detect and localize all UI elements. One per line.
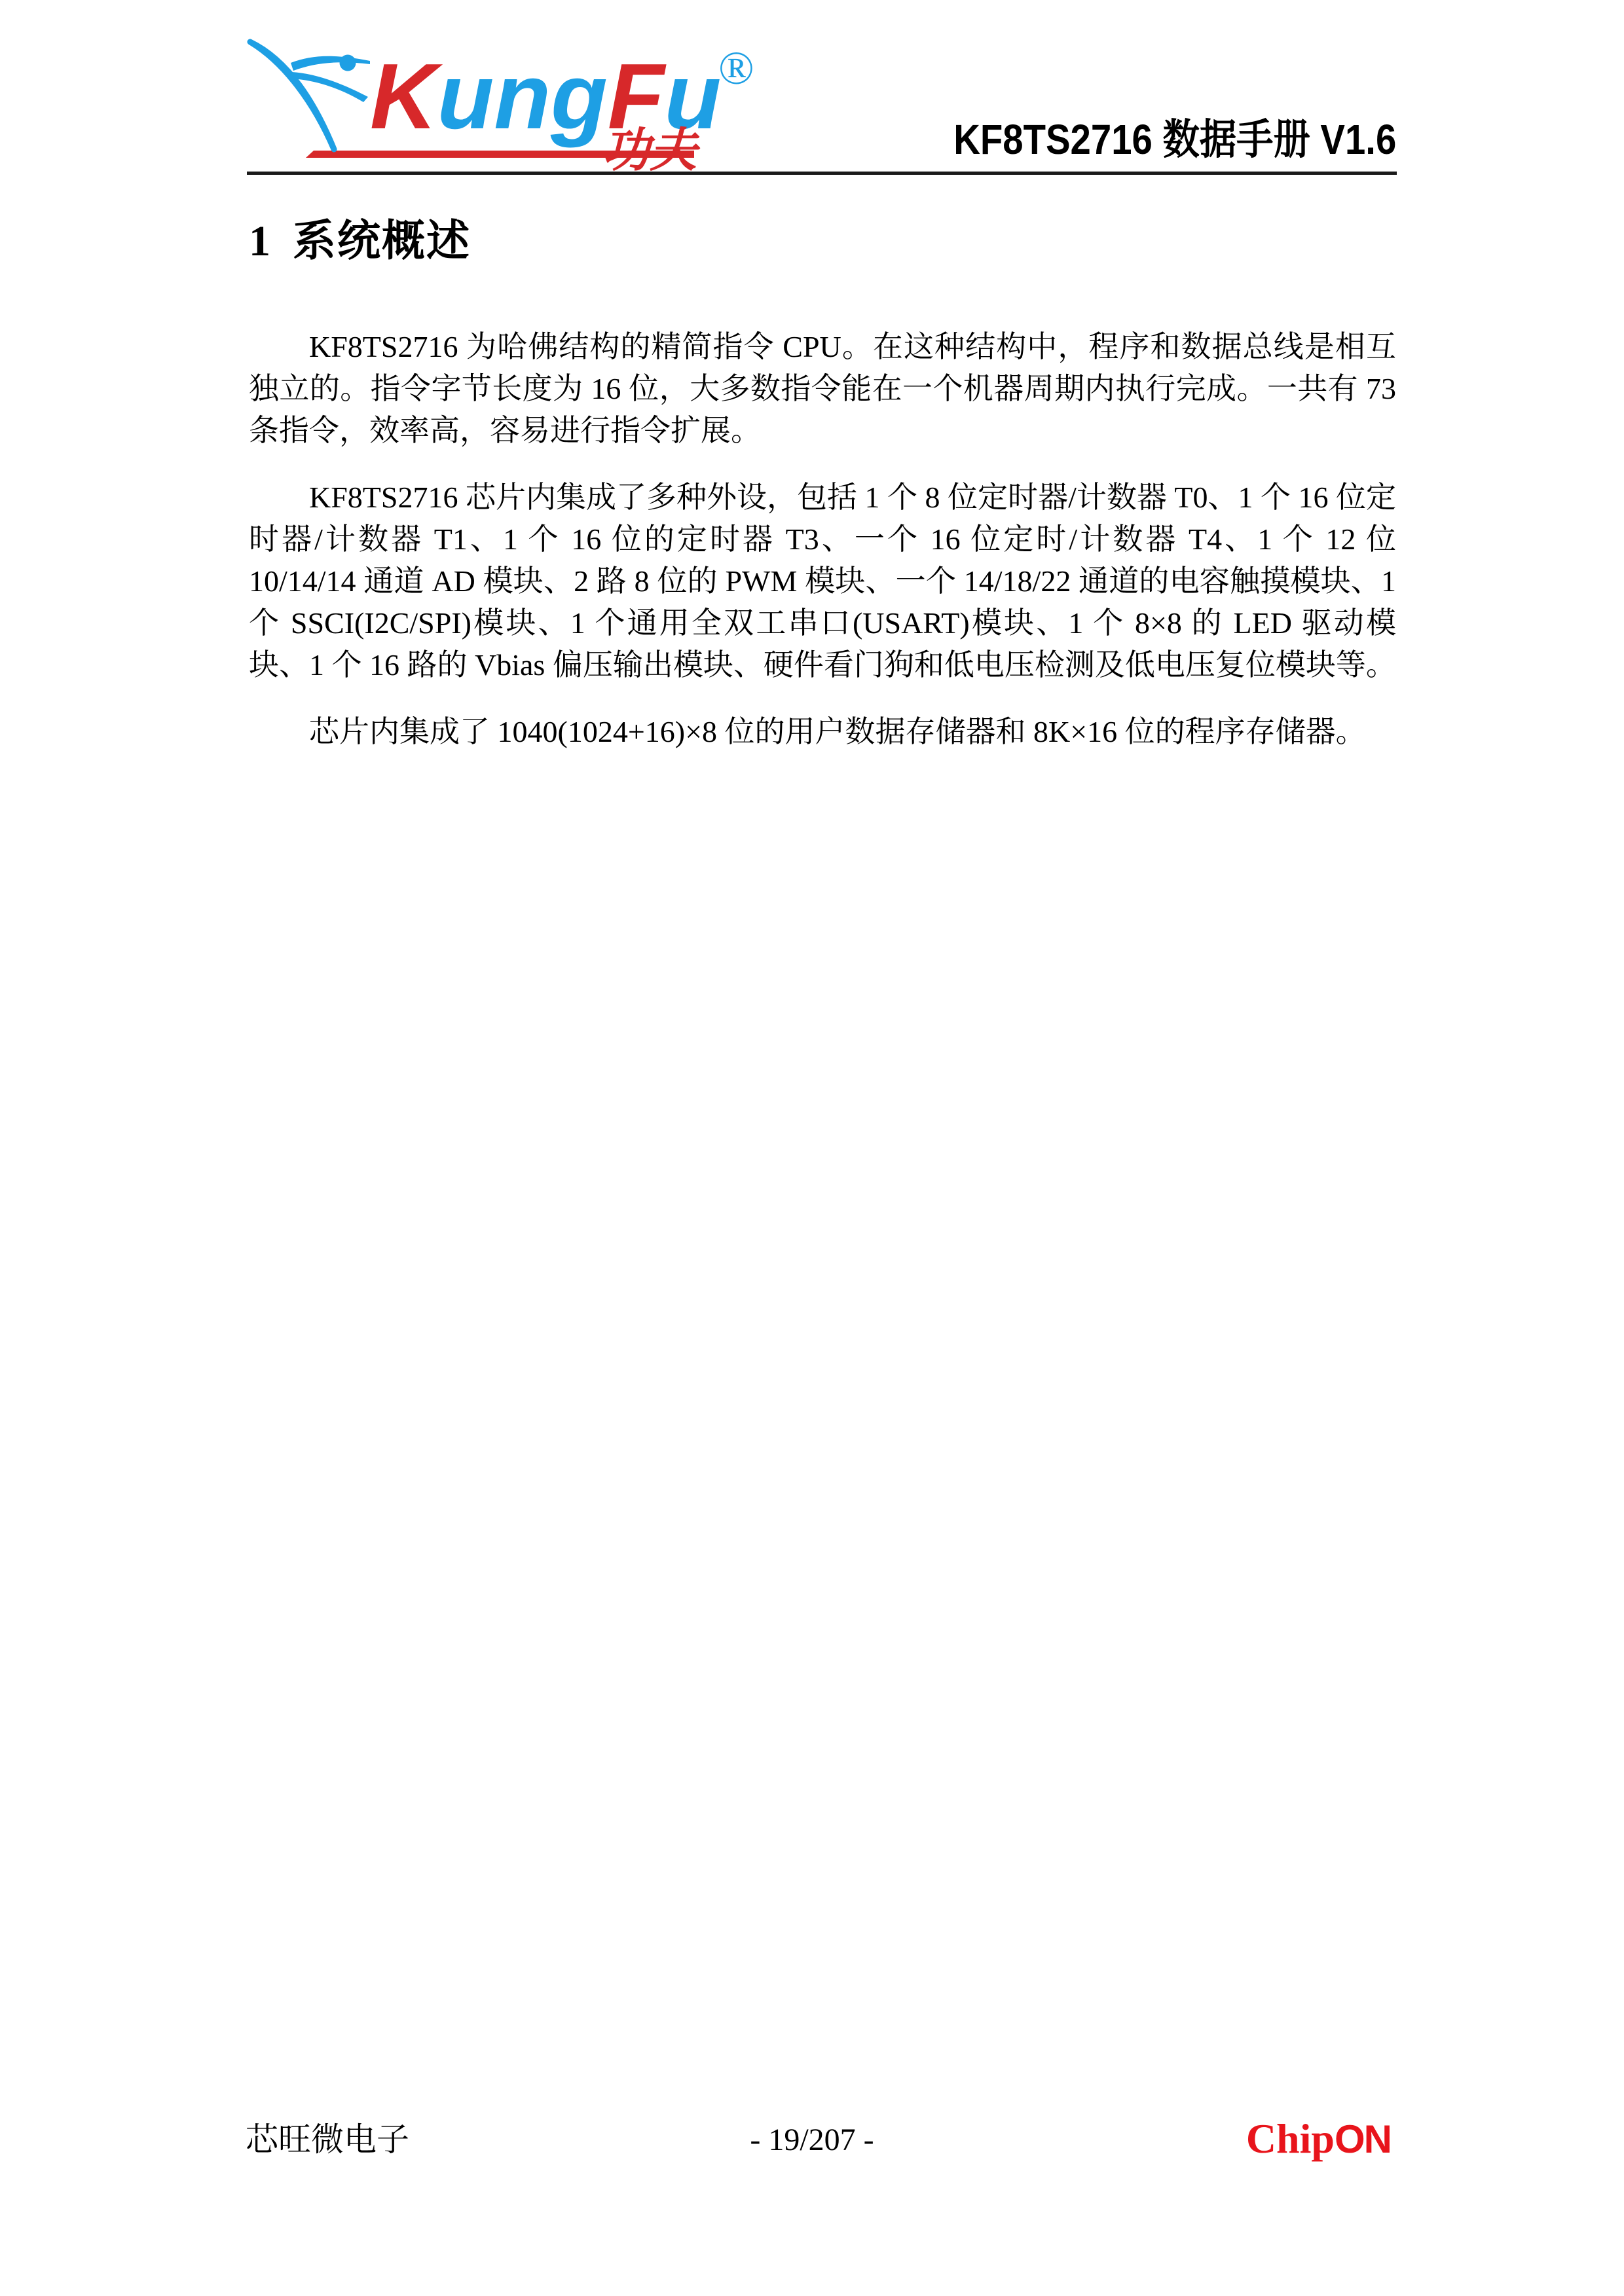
kungfu-hanzi-mark: 功夫	[602, 124, 701, 177]
logo-letter: n	[494, 45, 551, 149]
section-heading: 1系统概述	[249, 206, 471, 268]
chipon-logo-chip: Chip	[1246, 2115, 1335, 2162]
paragraph: 芯片内集成了 1040(1024+16)×8 位的用户数据存储器和 8K×16 …	[249, 711, 1396, 753]
kungfu-logo-graphic: KungFu 功夫 ®	[236, 20, 760, 183]
logo-letter: u	[437, 45, 494, 149]
paragraph: KF8TS2716 芯片内集成了多种外设，包括 1 个 8 位定时器/计数器 T…	[249, 477, 1396, 686]
section-number: 1	[249, 217, 270, 265]
doc-title: KF8TS2716 数据手册 V1.6	[953, 115, 1396, 164]
document-page: KungFu 功夫 ® KF8TS2716 数据手册 V1.6 1系统概述 KF…	[0, 0, 1624, 2296]
logo-letter: g	[550, 45, 608, 149]
header-rule	[247, 172, 1397, 175]
kungfu-logo: KungFu 功夫 ®	[236, 20, 760, 183]
body-text: KF8TS2716 为哈佛结构的精简指令 CPU。在这种结构中，程序和数据总线是…	[249, 326, 1396, 778]
chipon-logo: ChipON	[1246, 2115, 1391, 2163]
registered-mark-icon: ®	[718, 42, 754, 94]
chipon-logo-on: ON	[1335, 2117, 1391, 2161]
section-title: 系统概述	[293, 216, 471, 264]
logo-letter: K	[370, 45, 443, 149]
kungfu-figure-icon	[250, 42, 370, 149]
paragraph: KF8TS2716 为哈佛结构的精简指令 CPU。在这种结构中，程序和数据总线是…	[249, 326, 1396, 452]
